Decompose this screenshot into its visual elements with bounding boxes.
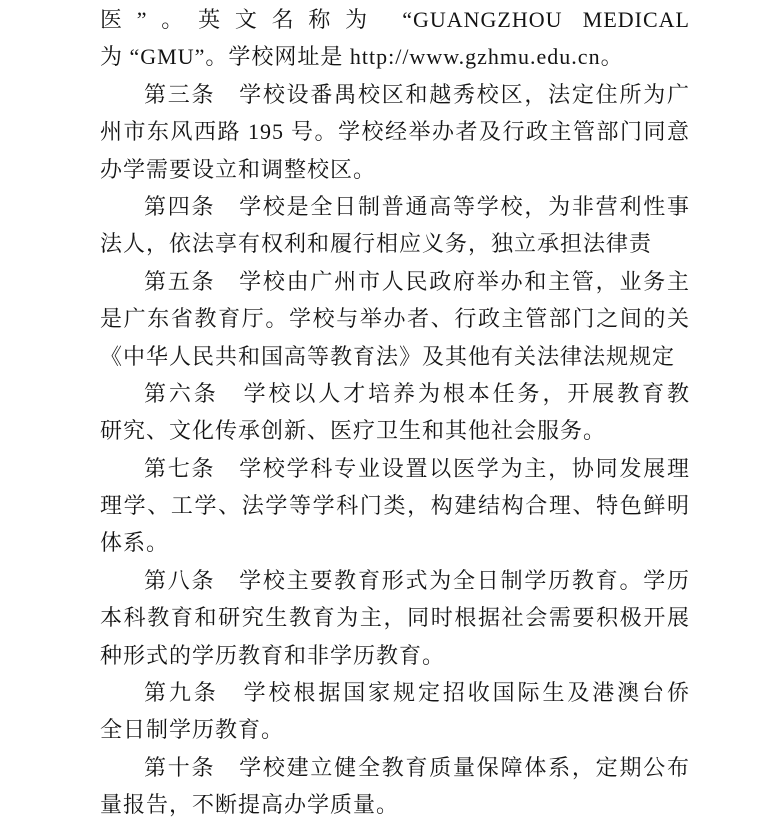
text-line: 法人，依法享有权利和履行相应义务，独立承担法律责任。: [100, 225, 690, 262]
text-line: 为 “GMU”。学校网址是 http://www.gzhmu.edu.cn。: [100, 38, 690, 75]
text-line: 是广东省教育厅。学校与举办者、行政主管部门之间的关系按照: [100, 300, 690, 337]
text-line: 医”。英文名称为 “GUANGZHOU MEDICAL UNIVERSITY”，…: [100, 1, 690, 38]
text-line-article-10: 第十条 学校建立健全教育质量保障体系，定期公布教学质: [100, 749, 690, 786]
text-line: 全日制学历教育。: [100, 711, 690, 748]
text-line-article-5: 第五条 学校由广州市人民政府举办和主管，业务主管部门: [100, 263, 690, 300]
text-line-article-7: 第七条 学校学科专业设置以医学为主，协同发展理学、管: [100, 450, 690, 487]
text-line: 《中华人民共和国高等教育法》及其他有关法律法规规定执行。: [100, 338, 690, 375]
text-line: 办学需要设立和调整校区。: [100, 151, 690, 188]
text-line-article-8: 第八条 学校主要教育形式为全日制学历教育。学历教育以: [100, 562, 690, 599]
text-line: 州市东风西路 195 号。学校经举办者及行政主管部门同意可根据: [100, 113, 690, 150]
text-line-article-4: 第四条 学校是全日制普通高等学校，为非营利性事业单位: [100, 188, 690, 225]
text-line: 理学、工学、法学等学科门类，构建结构合理、特色鲜明的学科: [100, 487, 690, 524]
text-line-article-9: 第九条 学校根据国家规定招收国际生及港澳台侨生，开展: [100, 674, 690, 711]
text-line: 体系。: [100, 524, 690, 561]
text-line: 研究、文化传承创新、医疗卫生和其他社会服务。: [100, 412, 690, 449]
text-line-article-6: 第六条 学校以人才培养为根本任务，开展教育教学、科学: [100, 375, 690, 412]
text-line: 量报告，不断提高办学质量。: [100, 786, 690, 823]
document-page: 医”。英文名称为 “GUANGZHOU MEDICAL UNIVERSITY”，…: [0, 0, 784, 824]
text-line: 本科教育和研究生教育为主，同时根据社会需要积极开展其他多: [100, 599, 690, 636]
text-line-article-3: 第三条 学校设番禺校区和越秀校区，法定住所为广东省广: [100, 76, 690, 113]
text-line: 种形式的学历教育和非学历教育。: [100, 637, 690, 674]
